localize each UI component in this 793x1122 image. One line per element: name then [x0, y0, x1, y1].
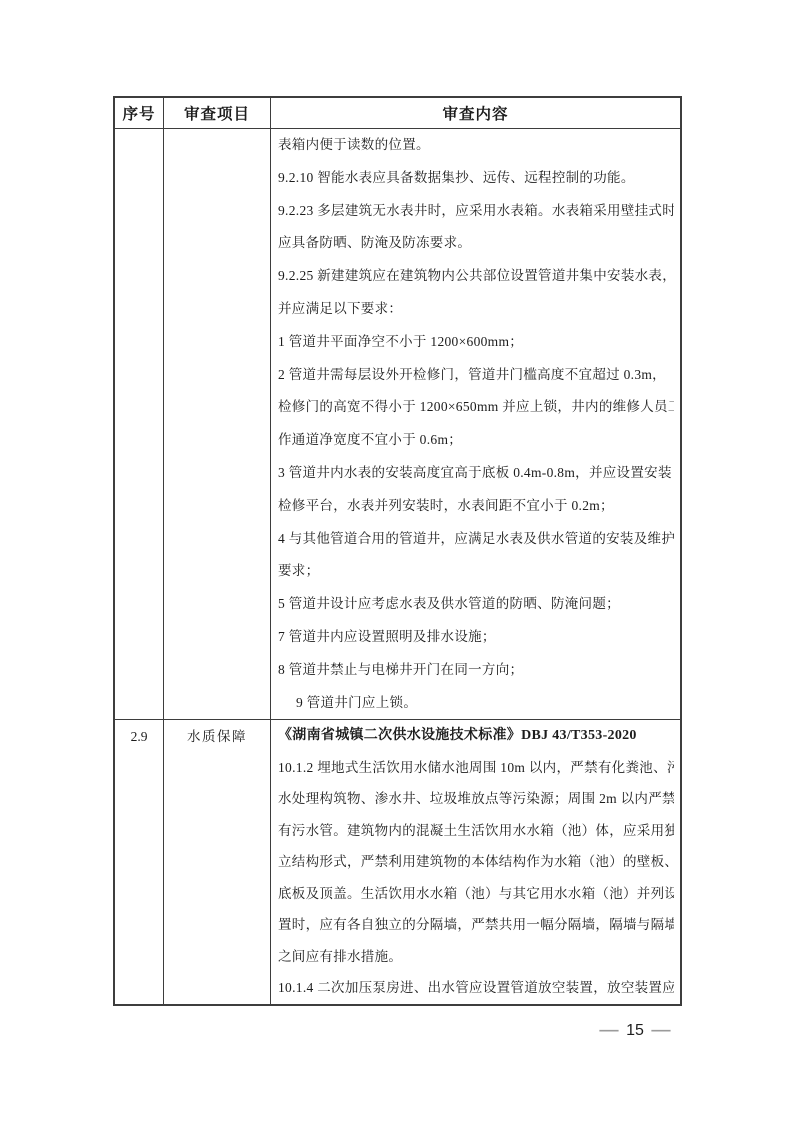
- content-line: 置时，应有各自独立的分隔墙，严禁共用一幅分隔墙，隔墙与隔墙: [278, 909, 674, 941]
- item-cell: 水质保障: [164, 720, 271, 1004]
- page-footer: — 15 —: [585, 1022, 685, 1040]
- content-line: 检修平台，水表并列安装时，水表间距不宜小于 0.2m；: [278, 490, 674, 523]
- content-line: 2 管道井需每层设外开检修门，管道井门槛高度不宜超过 0.3m，: [278, 359, 674, 392]
- content-line: 并应满足以下要求：: [278, 293, 674, 326]
- serial-cell: 2.9: [115, 720, 164, 1004]
- document-page: 序号 审查项目 审查内容 表箱内便于读数的位置。 9.2.10 智能水表应具备数…: [0, 0, 793, 1122]
- item-cell: [164, 129, 271, 719]
- table-header-row: 序号 审查项目 审查内容: [115, 98, 680, 129]
- content-line: 有污水管。建筑物内的混凝土生活饮用水水箱（池）体，应采用独: [278, 815, 674, 847]
- serial-cell: [115, 129, 164, 719]
- content-line: 要求；: [278, 555, 674, 588]
- content-line: 8 管道井禁止与电梯井开门在同一方向；: [278, 654, 674, 687]
- standard-title-line: 《湖南省城镇二次供水设施技术标准》DBJ 43/T353-2020: [278, 720, 674, 752]
- content-line: 5 管道井设计应考虑水表及供水管道的防晒、防淹问题；: [278, 588, 674, 621]
- table-row-continuation: 表箱内便于读数的位置。 9.2.10 智能水表应具备数据集抄、远传、远程控制的功…: [115, 129, 680, 720]
- table-header-item: 审查项目: [164, 98, 271, 128]
- content-line: 表箱内便于读数的位置。: [278, 129, 674, 162]
- page-number: 15: [626, 1022, 644, 1040]
- table-row-2-9: 2.9 水质保障 《湖南省城镇二次供水设施技术标准》DBJ 43/T353-20…: [115, 720, 680, 1004]
- footer-dash-right: —: [651, 1022, 670, 1040]
- content-line: 7 管道井内应设置照明及排水设施；: [278, 621, 674, 654]
- content-cell: 表箱内便于读数的位置。 9.2.10 智能水表应具备数据集抄、远传、远程控制的功…: [271, 129, 680, 719]
- table-header-content: 审查内容: [271, 98, 680, 128]
- content-line: 9 管道井门应上锁。: [278, 687, 674, 719]
- content-line: 9.2.25 新建建筑应在建筑物内公共部位设置管道井集中安装水表，: [278, 260, 674, 293]
- content-line: 3 管道井内水表的安装高度宜高于底板 0.4m-0.8m，并应设置安装: [278, 457, 674, 490]
- review-table: 序号 审查项目 审查内容 表箱内便于读数的位置。 9.2.10 智能水表应具备数…: [113, 96, 682, 1006]
- footer-dash-left: —: [599, 1022, 618, 1040]
- content-line: 10.1.2 埋地式生活饮用水储水池周围 10m 以内，严禁有化粪池、污: [278, 752, 674, 784]
- content-cell: 《湖南省城镇二次供水设施技术标准》DBJ 43/T353-2020 10.1.2…: [271, 720, 680, 1004]
- table-header-serial: 序号: [115, 98, 164, 128]
- content-line: 4 与其他管道合用的管道井，应满足水表及供水管道的安装及维护: [278, 523, 674, 556]
- content-line: 应具备防晒、防淹及防冻要求。: [278, 227, 674, 260]
- content-line: 9.2.23 多层建筑无水表井时，应采用水表箱。水表箱采用壁挂式时，: [278, 195, 674, 228]
- content-line: 1 管道井平面净空不小于 1200×600mm；: [278, 326, 674, 359]
- content-line: 之间应有排水措施。: [278, 941, 674, 973]
- content-line: 10.1.4 二次加压泵房进、出水管应设置管道放空装置，放空装置应: [278, 972, 674, 1004]
- content-line: 底板及顶盖。生活饮用水水箱（池）与其它用水水箱（池）并列设: [278, 878, 674, 910]
- content-line: 水处理构筑物、渗水井、垃圾堆放点等污染源；周围 2m 以内严禁: [278, 783, 674, 815]
- content-line: 作通道净宽度不宜小于 0.6m；: [278, 424, 674, 457]
- content-line: 立结构形式，严禁利用建筑物的本体结构作为水箱（池）的壁板、: [278, 846, 674, 878]
- content-line: 检修门的高宽不得小于 1200×650mm 并应上锁，井内的维修人员工: [278, 391, 674, 424]
- content-line: 9.2.10 智能水表应具备数据集抄、远传、远程控制的功能。: [278, 162, 674, 195]
